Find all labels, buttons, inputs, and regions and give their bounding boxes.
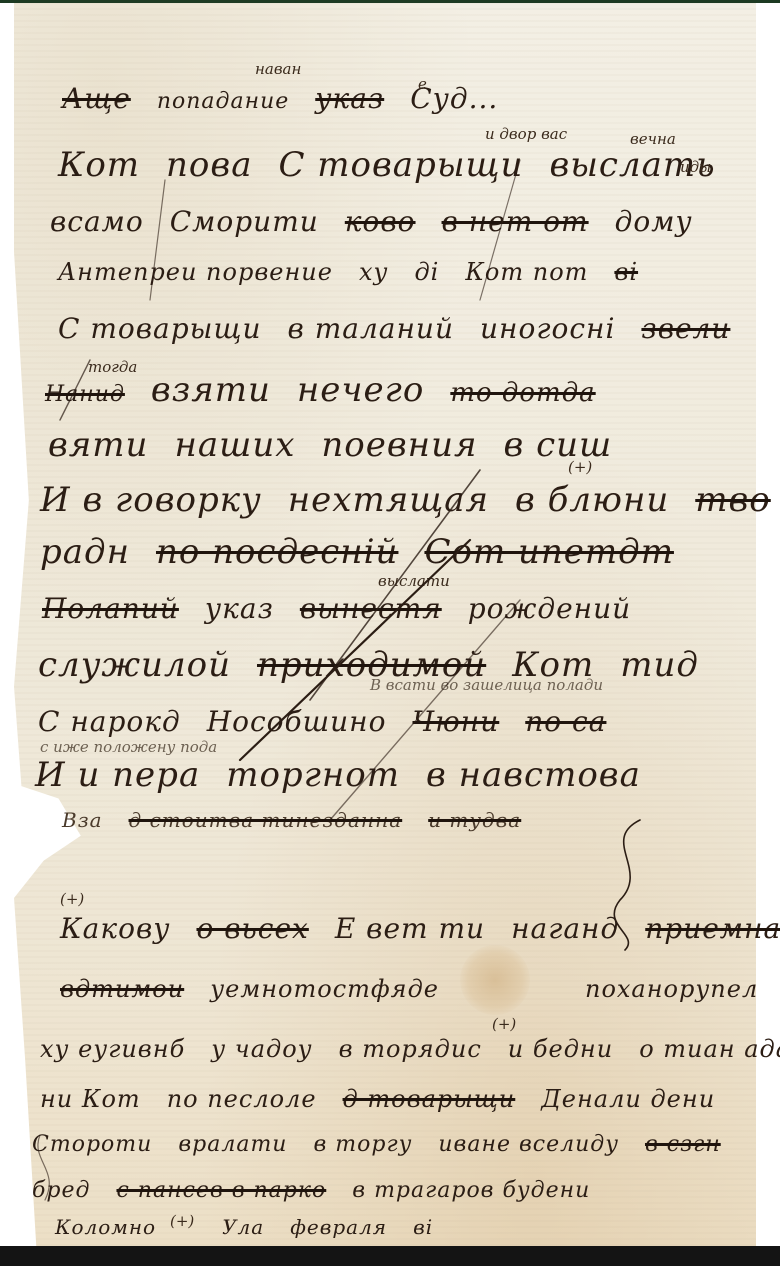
line-segment: Сот ипетдт <box>424 532 673 572</box>
line-segment: Кот <box>58 145 140 185</box>
line-10: Полапийуказвынестярождений <box>42 592 657 625</box>
line-segment: поевния <box>321 425 477 465</box>
line-segment: у чадоу <box>211 1035 312 1063</box>
line-segment: в трагаров будени <box>352 1178 590 1203</box>
line-segment: уемнотостфяде <box>210 975 439 1003</box>
line-segment: иногосні <box>480 312 615 345</box>
line-segment: и бедни <box>508 1035 613 1063</box>
line-segment: Сморити <box>170 205 319 238</box>
line-19: Сторотивралатив торгуиване вселидув сзгн <box>32 1132 747 1157</box>
line-segment: Е вет ти <box>335 912 485 945</box>
line-20: бредс пансев в парков трагаров будени <box>32 1178 616 1203</box>
line-segment: взяти <box>151 370 271 410</box>
line-segment: о вьсех <box>196 912 308 945</box>
line-segment: радн <box>40 532 130 572</box>
line-segment: Ула <box>222 1215 264 1239</box>
line-segment: указ <box>315 82 384 115</box>
interlinear-note: с иже положену пода <box>40 738 217 756</box>
line-9: раднпо посдеснійСот ипетдт <box>40 532 700 572</box>
line-segment: приемная <box>645 912 780 945</box>
line-1: АщепопаданиеуказСуд... <box>62 82 524 115</box>
line-segment: в навстова <box>426 755 641 795</box>
line-segment: по са <box>525 705 606 738</box>
line-21: КоломноУлафевраляві <box>55 1215 459 1239</box>
circled-cross-mark: (+) <box>60 890 84 908</box>
line-segment: наганд <box>511 912 619 945</box>
line-segment: Полапий <box>42 592 179 625</box>
line-segment: то дотда <box>450 378 595 408</box>
line-segment: ково <box>345 205 416 238</box>
line-segment: в нет от <box>442 205 589 238</box>
superscript-note: вечна <box>630 130 676 148</box>
line-segment: Коломно <box>55 1215 156 1239</box>
superscript-note: е <box>418 75 427 93</box>
line-segment: в блюни <box>515 480 669 520</box>
line-segment: Аще <box>62 82 131 115</box>
line-segment: вяти <box>48 425 148 465</box>
line-segment: в торядис <box>339 1035 482 1063</box>
interlinear-note: В всати во зашелица полади <box>370 676 603 694</box>
line-segment: д товарыщи <box>343 1085 516 1113</box>
line-segment: И в говорку <box>40 480 262 520</box>
line-segment: тид <box>620 645 699 685</box>
line-segment: Нособшино <box>207 705 387 738</box>
line-segment: вралати <box>178 1132 287 1157</box>
line-6: Нанидвзятинечегото дотда <box>45 370 622 410</box>
line-segment: и тудва <box>428 808 521 832</box>
line-segment: с пансев в парко <box>116 1178 326 1203</box>
line-segment: вынестя <box>300 592 442 625</box>
line-segment: февраля <box>290 1215 387 1239</box>
bottom-edge-band <box>0 1246 780 1266</box>
line-segment: звели <box>641 312 730 345</box>
line-segment: наших <box>174 425 295 465</box>
line-segment: поханорупел <box>585 975 758 1003</box>
line-segment: ді <box>414 258 439 286</box>
circled-cross-mark: (+) <box>492 1015 516 1033</box>
line-segment: в сзгн <box>645 1132 721 1157</box>
line-segment: Антепреи порвение <box>58 258 333 286</box>
line-segment: дому <box>615 205 693 238</box>
line-segment: по посдесній <box>156 532 398 572</box>
line-18: ни Котпо песлолед товарыщиДенали дени <box>40 1085 741 1113</box>
line-segment: всамо <box>50 205 144 238</box>
line-segment: И и пера <box>35 755 200 795</box>
line-14: Взад стоитва тинезданнаи тудва <box>62 808 547 832</box>
superscript-note: наван <box>255 60 301 78</box>
line-segment: Стороти <box>32 1132 152 1157</box>
line-segment: ху еугивнб <box>40 1035 185 1063</box>
line-segment: торгнот <box>226 755 400 795</box>
line-7: вятинашихпоевнияв сиш <box>48 425 638 465</box>
line-segment: Кот пот <box>465 258 588 286</box>
line-segment: Нанид <box>45 382 125 407</box>
line-segment: в таланий <box>288 312 454 345</box>
line-segment: Чюни <box>412 705 499 738</box>
circled-cross-mark: (+) <box>170 1212 194 1230</box>
line-17: ху еугивнбу чадоув торядиси беднио тиан … <box>40 1035 780 1063</box>
line-segment: служилой <box>38 645 231 685</box>
line-segment: ни Кот <box>40 1085 141 1113</box>
top-edge-band <box>0 0 780 3</box>
line-segment: д стоитва тинезданна <box>129 808 403 832</box>
line-segment: ві <box>614 258 638 286</box>
line-segment: по песлоле <box>167 1085 317 1113</box>
line-segment: Какову <box>60 912 170 945</box>
superscript-note: выслати <box>378 572 450 590</box>
line-segment: С нарокд <box>38 705 181 738</box>
line-segment: указ <box>205 592 274 625</box>
line-segment: ві <box>413 1215 433 1239</box>
line-segment: нечего <box>297 370 424 410</box>
line-segment: С товарыщи <box>58 312 262 345</box>
line-4: Антепреи порвениехудіКот потві <box>58 258 664 286</box>
superscript-note: тогда <box>88 358 137 376</box>
line-15: Каковуо вьсехЕ вет тинагандприемная <box>60 912 780 945</box>
line-5: С товарыщив таланийиногоснізвели <box>58 312 756 345</box>
line-12: С нарокдНособшиноЧюнипо са <box>38 705 632 738</box>
line-segment: в торгу <box>313 1132 412 1157</box>
superscript-note: и двор вас <box>485 125 567 143</box>
line-segment: попадание <box>157 89 289 114</box>
line-3: всамоСморитиковов нет отдому <box>50 205 719 238</box>
line-16: вдтимоиуемнотостфядепоханорупел <box>60 975 780 1003</box>
line-segment: о тиан ада <box>639 1035 780 1063</box>
line-segment: Вза <box>62 808 103 832</box>
line-segment: в сиш <box>504 425 613 465</box>
line-13: И и ператоргнотв навстова <box>35 755 667 795</box>
line-segment: пова <box>166 145 252 185</box>
line-8: И в говоркунехтящаяв блюнитво <box>40 480 780 520</box>
line-segment: бред <box>32 1178 90 1203</box>
superscript-note: иды <box>680 158 711 176</box>
line-segment: тво <box>695 480 771 520</box>
line-2: КотповаС товарыщивыслать <box>58 145 742 185</box>
line-segment: ху <box>359 258 388 286</box>
circled-cross-mark: (+) <box>568 458 592 476</box>
line-segment: вдтимои <box>60 975 184 1003</box>
line-segment: рождений <box>468 592 631 625</box>
line-segment: Денали дени <box>541 1085 715 1113</box>
line-segment: нехтящая <box>288 480 489 520</box>
line-segment: С товарыщи <box>278 145 523 185</box>
line-segment: иване вселиду <box>438 1132 619 1157</box>
